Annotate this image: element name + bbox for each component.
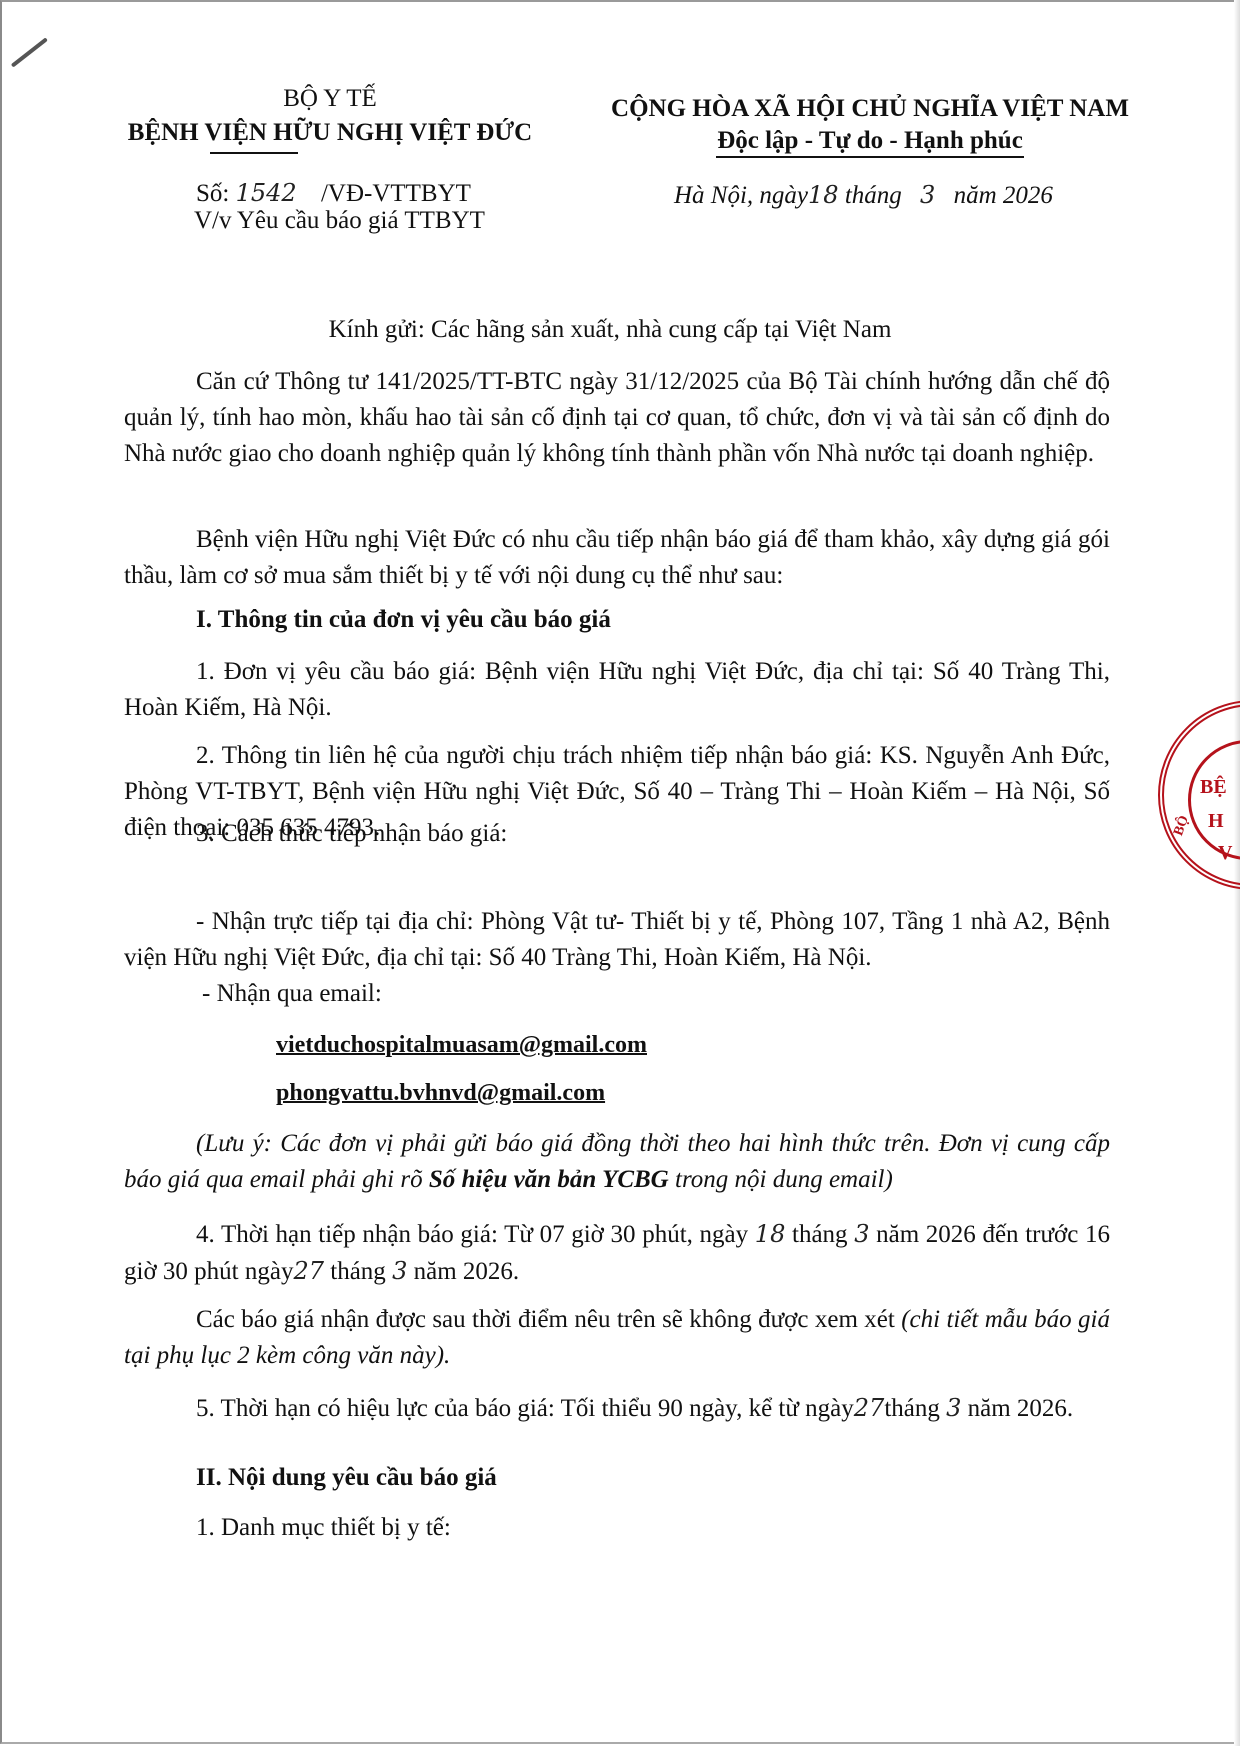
ministry-name: BỘ Y TẾ [100,84,560,114]
email-link-2[interactable]: phongvattu.bvhnvd@gmail.com [276,1080,605,1107]
item-5-day: 27 [854,1394,885,1422]
issue-date: Hà Nội, ngày18 tháng 3 năm 2026 [674,180,1053,211]
number-handwritten: 1542 [236,179,297,207]
legal-basis-paragraph: Căn cứ Thông tư 141/2025/TT-BTC ngày 31/… [124,364,1110,472]
date-year: năm 2026 [954,182,1053,209]
note-bold: Số hiệu văn bản YCBG [429,1166,669,1193]
stamp-text-2: H [1208,810,1224,833]
email-link-1[interactable]: vietduchospitalmuasam@gmail.com [276,1032,647,1059]
item-4-text: tháng [324,1258,392,1285]
section-1-item-5: 5. Thời hạn có hiệu lực của báo giá: Tối… [124,1390,1110,1427]
document-subject: V/v Yêu cầu báo giá TTBYT [194,206,485,236]
item-4-end-day: 27 [293,1257,324,1285]
section-1-item-1: 1. Đơn vị yêu cầu báo giá: Bệnh viện Hữu… [124,654,1110,726]
item-4-end-month: 3 [392,1257,407,1285]
national-motto: Độc lập - Tự do - Hạnh phúc [590,126,1150,156]
section-2-heading: II. Nội dung yêu cầu báo giá [196,1464,497,1492]
email-submission-label: - Nhận qua email: [202,980,382,1008]
number-suffix: /VĐ-VTTBYT [321,180,471,207]
page-frame [0,0,1238,1744]
item-4-start-day: 18 [755,1220,786,1248]
hospital-name: BỆNH VIỆN HỮU NGHỊ VIỆT ĐỨC [100,118,560,148]
country-name: CỘNG HÒA XÃ HỘI CHỦ NGHĨA VIỆT NAM [590,94,1150,124]
date-month: 3 [920,181,935,209]
item-4-text: năm 2026. [407,1258,519,1285]
section-1-item-4: 4. Thời hạn tiếp nhận báo giá: Từ 07 giờ… [124,1216,1110,1290]
item-5-month: 3 [946,1394,961,1422]
item-5-text: 5. Thời hạn có hiệu lực của báo giá: Tối… [196,1395,854,1422]
item-4-text: 4. Thời hạn tiếp nhận báo giá: Từ 07 giờ… [196,1221,755,1248]
purpose-paragraph: Bệnh viện Hữu nghị Việt Đức có nhu cầu t… [124,522,1110,594]
late-submission-notice: Các báo giá nhận được sau thời điểm nêu … [124,1302,1110,1374]
date-prefix: Hà Nội, ngày [674,182,808,209]
stamp-text-1: BỆ [1200,776,1227,799]
number-label: Số: [196,180,229,207]
recipient-line: Kính gửi: Các hãng sản xuất, nhà cung cấ… [100,316,1120,344]
motto-underline [716,156,1024,158]
item-4-start-month: 3 [854,1220,869,1248]
item-4-text: tháng [785,1221,854,1248]
item-5-text: năm 2026. [961,1395,1073,1422]
direct-submission: - Nhận trực tiếp tại địa chỉ: Phòng Vật … [124,904,1110,976]
hospital-underline [210,152,298,154]
date-month-label: tháng [845,182,902,209]
section-2-item-1: 1. Danh mục thiết bị y tế: [196,1514,451,1542]
section-1-item-3: 3. Cách thức tiếp nhận báo giá: [196,820,507,848]
email-note: (Lưu ý: Các đơn vị phải gửi báo giá đồng… [124,1126,1110,1198]
note-text-end: trong nội dung email) [669,1166,893,1193]
stamp-text-3: V [1218,842,1232,865]
item-5-text: tháng [884,1395,946,1422]
date-day: 18 [808,181,839,209]
document-number: Số: 1542 /VĐ-VTTBYT [196,178,471,209]
section-1-heading: I. Thông tin của đơn vị yêu cầu báo giá [196,606,611,634]
late-notice-text: Các báo giá nhận được sau thời điểm nêu … [196,1306,901,1333]
